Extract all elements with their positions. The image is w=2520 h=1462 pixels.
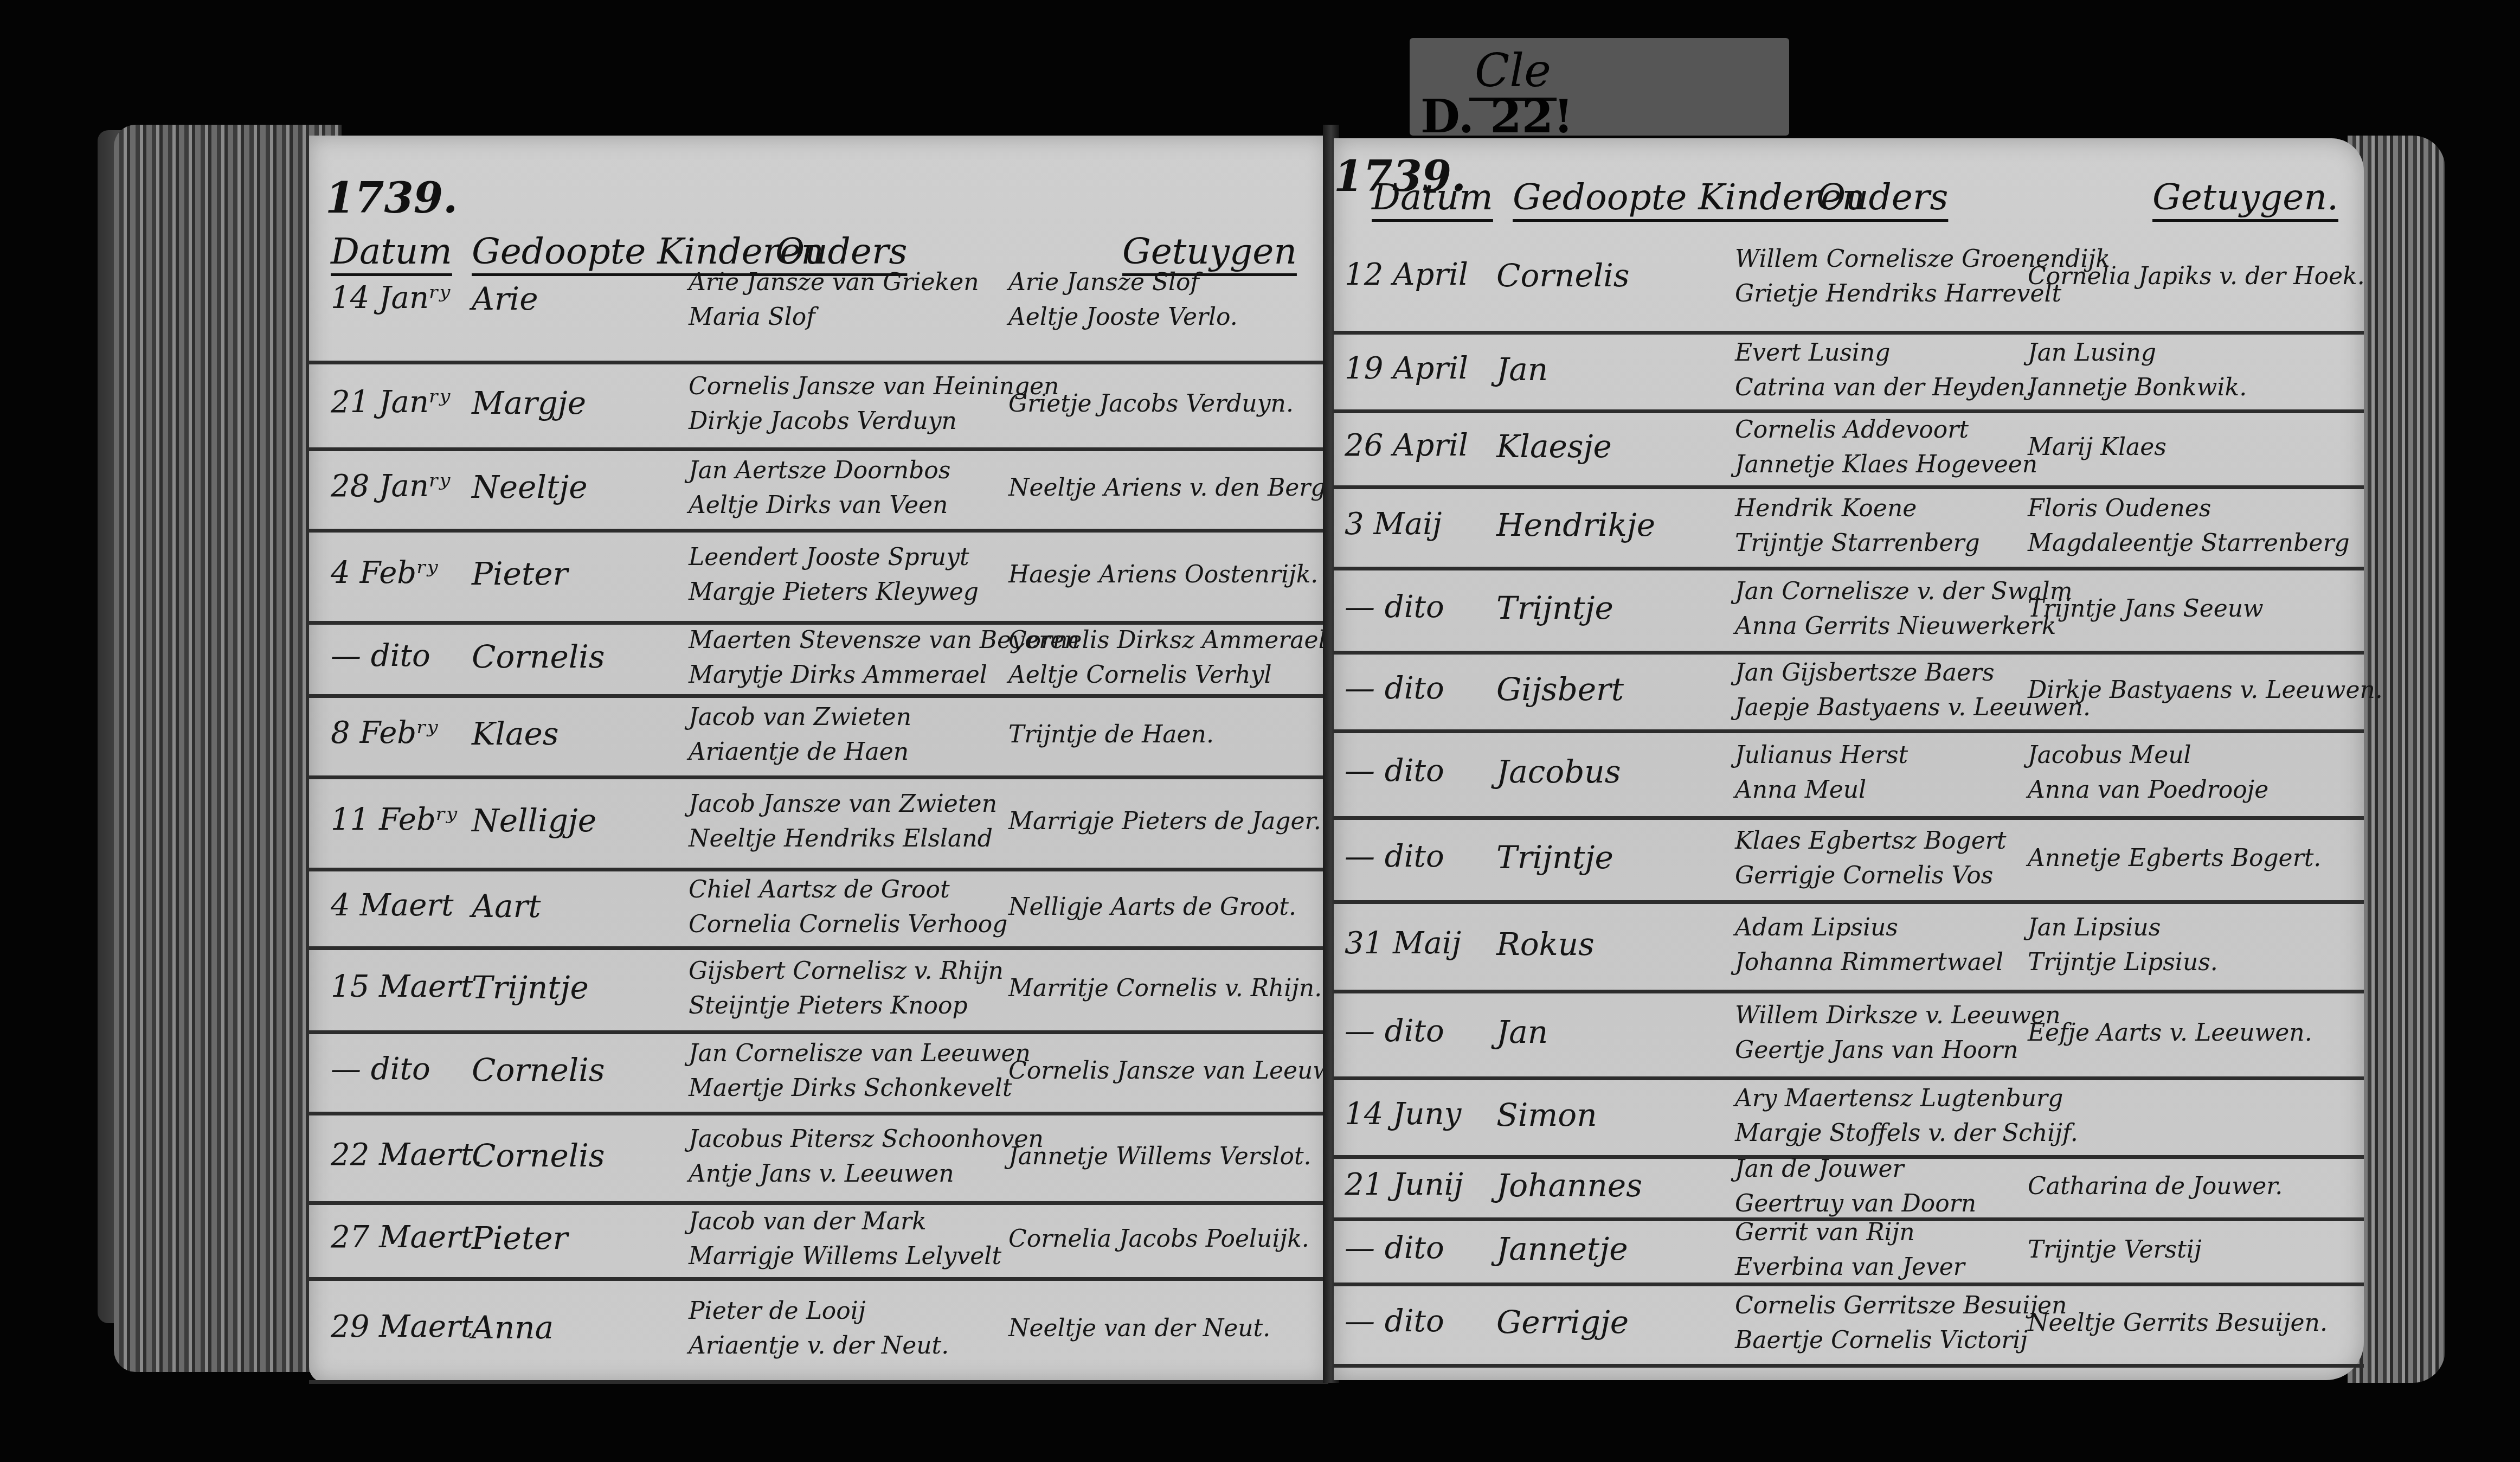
child-name: Simon: [1496, 1096, 1597, 1133]
child-name: Gerrigje: [1496, 1304, 1629, 1341]
parents: Gerrit van RijnEverbina van Jever: [1735, 1215, 1965, 1285]
mother-name: Margje Pieters Kleyweg: [689, 575, 979, 610]
witness-name: Neeltje van der Neut.: [1008, 1311, 1270, 1346]
witness-name: Jannetje Bonkwik.: [2028, 370, 2247, 405]
parents: Cornelis Jansze van HeiningenDirkje Jaco…: [689, 369, 1059, 439]
parents: Jan Aertsze DoornbosAeltje Dirks van Vee…: [689, 453, 950, 523]
child-name: Cornelis: [1496, 257, 1630, 294]
father-name: Klaes Egbertsz Bogert: [1735, 824, 2006, 858]
father-name: Jan Cornelisze v. der Swalm: [1735, 574, 2072, 609]
baptism-date: — dito: [331, 638, 430, 674]
witness-name: Dirkje Bastyaens v. Leeuwen.: [2028, 673, 2383, 708]
child-name: Pieter: [472, 555, 568, 592]
witness-name: Aeltje Cornelis Verhyl: [1008, 658, 1326, 692]
baptism-date: — dito: [331, 1051, 430, 1087]
witnesses: Cornelis Jansze van Leeuwen.: [1008, 1054, 1370, 1088]
child-name: Anna: [472, 1309, 554, 1346]
child-name: Rokus: [1496, 926, 1595, 963]
witness-name: Jacobus Meul: [2028, 738, 2268, 773]
entry-row: 14 JunySimonAry Maertensz LugtenburgMarg…: [1334, 1076, 2364, 1159]
baptism-date: 4 Febʳʸ: [331, 555, 438, 591]
parents: Hendrik KoeneTrijntje Starrenberg: [1735, 491, 1980, 561]
witness-name: Haesje Ariens Oostenrijk.: [1008, 557, 1318, 592]
father-name: Pieter de Looij: [689, 1294, 949, 1329]
father-name: Adam Lipsius: [1735, 910, 2003, 945]
mother-name: Ariaentje de Haen: [689, 735, 911, 770]
baptism-date: 29 Maert: [331, 1309, 473, 1344]
parents: Jan Cornelisze van LeeuwenMaertje Dirks …: [689, 1036, 1031, 1106]
witness-name: Cornelis Jansze van Leeuwen.: [1008, 1054, 1370, 1088]
parents: Leendert Jooste SpruytMargje Pieters Kle…: [689, 540, 979, 610]
mother-name: Cornelia Cornelis Verhoog: [689, 907, 1008, 942]
entry-row: — ditoGerrigjeCornelis Gerritsze Besuije…: [1334, 1283, 2364, 1368]
child-name: Neeltje: [472, 469, 588, 505]
witnesses: Haesje Ariens Oostenrijk.: [1008, 557, 1318, 592]
entry-row: — ditoTrijntjeJan Cornelisze v. der Swal…: [1334, 567, 2364, 655]
witness-name: Nelligje Aarts de Groot.: [1008, 890, 1296, 925]
mother-name: Jannetje Klaes Hogeveen: [1735, 447, 2037, 482]
baptism-date: 3 Maij: [1345, 506, 1442, 542]
baptism-date: 31 Maij: [1345, 926, 1461, 961]
witnesses: Catharina de Jouwer.: [2028, 1169, 2283, 1204]
witnesses: Marritje Cornelis v. Rhijn.: [1008, 971, 1322, 1006]
witnesses: Trijntje Jans Seeuw: [2028, 592, 2264, 626]
mother-name: Dirkje Jacobs Verduyn: [689, 404, 1059, 439]
witness-name: Jannetje Willems Verslot.: [1008, 1139, 1312, 1174]
parents: Willem Dirksze v. LeeuwenGeertje Jans va…: [1735, 998, 2061, 1068]
entry-row: 28 JanʳʸNeeltjeJan Aertsze DoornbosAeltj…: [309, 447, 1328, 533]
witness-name: Cornelis Dirksz Ammerael: [1008, 623, 1326, 658]
parents: Gijsbert Cornelisz v. RhijnSteijntje Pie…: [689, 954, 1004, 1023]
witnesses: Jan LusingJannetje Bonkwik.: [2028, 336, 2247, 405]
baptism-date: 12 April: [1345, 257, 1468, 292]
witness-name: Neeltje Ariens v. den Berg: [1008, 471, 1326, 505]
witnesses: Nelligje Aarts de Groot.: [1008, 890, 1296, 925]
father-name: Jan Aertsze Doornbos: [689, 453, 950, 488]
witness-name: Trijntje Jans Seeuw: [2028, 592, 2264, 626]
mother-name: Maria Slof: [689, 300, 979, 335]
father-name: Arie Jansze van Grieken: [689, 265, 979, 300]
father-name: Jacobus Pitersz Schoonhoven: [689, 1122, 1044, 1157]
witnesses: Cornelia Jacobs Poeluijk.: [1008, 1222, 1309, 1256]
page-stack-left: [114, 125, 342, 1372]
right-page: 1739. Datum Gedoopte Kinderen Ouders Get…: [1334, 138, 2364, 1380]
entry-row: 4 MaertAartChiel Aartsz de GrootCornelia…: [309, 868, 1328, 950]
witness-name: Marij Klaes: [2028, 430, 2167, 465]
mother-name: Ariaentje v. der Neut.: [689, 1329, 949, 1363]
baptism-date: 27 Maert: [331, 1220, 473, 1255]
mother-name: Baertje Cornelis Victorij: [1735, 1323, 2067, 1358]
entry-row: — ditoTrijntjeKlaes Egbertsz BogertGerri…: [1334, 816, 2364, 904]
father-name: Jan Cornelisze van Leeuwen: [689, 1036, 1031, 1071]
witness-name: Eefje Aarts v. Leeuwen.: [2028, 1016, 2312, 1050]
witness-name: Marrigje Pieters de Jager.: [1008, 804, 1321, 839]
witness-name: Grietje Jacobs Verduyn.: [1008, 387, 1294, 421]
father-name: Cornelis Addevoort: [1735, 413, 2037, 447]
entry-row: 15 MaertTrijntjeGijsbert Cornelisz v. Rh…: [309, 946, 1328, 1034]
parents: Jan de JouwerGeertruy van Doorn: [1735, 1152, 1976, 1221]
witness-name: Arie Jansze Slof: [1008, 265, 1238, 300]
witnesses: Dirkje Bastyaens v. Leeuwen.: [2028, 673, 2383, 708]
parents: Pieter de LooijAriaentje v. der Neut.: [689, 1294, 949, 1363]
child-name: Cornelis: [472, 1051, 605, 1088]
mother-name: Catrina van der Heyden.: [1735, 370, 2033, 405]
witness-name: Annetje Egberts Bogert.: [2028, 841, 2321, 876]
father-name: Gijsbert Cornelisz v. Rhijn: [689, 954, 1004, 989]
father-name: Ary Maertensz Lugtenburg: [1735, 1081, 2078, 1116]
father-name: Evert Lusing: [1735, 336, 2033, 370]
child-name: Gijsbert: [1496, 671, 1624, 708]
witnesses: Marij Klaes: [2028, 430, 2167, 465]
entry-row: — ditoCornelisMaerten Stevensze van Beye…: [309, 621, 1328, 698]
entry-row: 21 JanʳʸMargjeCornelis Jansze van Heinin…: [309, 361, 1328, 451]
entry-row: 14 JanʳʸArieArie Jansze van GriekenMaria…: [309, 239, 1328, 364]
column-headers: Datum Gedoopte Kinderen Ouders Getuygen.: [1372, 176, 2338, 218]
baptism-date: — dito: [1345, 1230, 1444, 1266]
child-name: Klaes: [472, 715, 559, 752]
mother-name: Margje Stoffels v. der Schijf.: [1735, 1116, 2078, 1151]
mother-name: Neeltje Hendriks Elsland: [689, 822, 997, 856]
child-name: Nelligje: [472, 802, 596, 839]
father-name: Cornelis Gerritsze Besuijen: [1735, 1288, 2067, 1323]
parents: Cornelis AddevoortJannetje Klaes Hogevee…: [1735, 413, 2037, 482]
baptism-date: 8 Febʳʸ: [331, 715, 438, 751]
witnesses: Neeltje van der Neut.: [1008, 1311, 1270, 1346]
entry-row: 11 FebʳʸNelligjeJacob Jansze van Zwieten…: [309, 775, 1328, 871]
witness-name: Neeltje Gerrits Besuijen.: [2028, 1306, 2328, 1341]
parents: Adam LipsiusJohanna Rimmertwael: [1735, 910, 2003, 980]
mother-name: Geertje Jans van Hoorn: [1735, 1033, 2061, 1068]
witnesses: Trijntje de Haen.: [1008, 717, 1214, 752]
entry-row: 22 Maert.CornelisJacobus Pitersz Schoonh…: [309, 1112, 1328, 1205]
parents: Jacob van ZwietenAriaentje de Haen: [689, 700, 911, 770]
entry-row: 19 AprilJanEvert LusingCatrina van der H…: [1334, 331, 2364, 413]
mother-name: Aeltje Dirks van Veen: [689, 488, 950, 523]
mother-name: Anna Gerrits Nieuwerkerk: [1735, 609, 2072, 644]
child-name: Jannetje: [1496, 1230, 1628, 1267]
entry-row: 27 MaertPieterJacob van der MarkMarrigje…: [309, 1201, 1328, 1281]
child-name: Klaesje: [1496, 428, 1612, 465]
entry-row: 8 FebʳʸKlaesJacob van ZwietenAriaentje d…: [309, 694, 1328, 779]
entry-row: — ditoJanWillem Dirksze v. LeeuwenGeertj…: [1334, 990, 2364, 1080]
header-parents: Ouders: [1816, 176, 2152, 218]
baptism-date: — dito: [1345, 671, 1444, 706]
father-name: Julianus Herst: [1735, 738, 1908, 773]
witnesses: Marrigje Pieters de Jager.: [1008, 804, 1321, 839]
parents: Jacob van der MarkMarrigje Willems Lelyv…: [689, 1204, 1001, 1274]
witnesses: Eefje Aarts v. Leeuwen.: [2028, 1016, 2312, 1050]
child-name: Jan: [1496, 351, 1548, 388]
entry-row: 3 MaijHendrikjeHendrik KoeneTrijntje Sta…: [1334, 485, 2364, 570]
child-name: Cornelis: [472, 1137, 605, 1174]
witnesses: Cornelia Japiks v. der Hoek.: [2028, 259, 2365, 294]
father-name: Gerrit van Rijn: [1735, 1215, 1965, 1250]
parents: Evert LusingCatrina van der Heyden.: [1735, 336, 2033, 405]
parents: Klaes Egbertsz BogertGerrigje Cornelis V…: [1735, 824, 2006, 893]
entry-row: — ditoJannetjeGerrit van RijnEverbina va…: [1334, 1217, 2364, 1286]
baptism-date: — dito: [1345, 753, 1444, 788]
witness-name: Trijntje Lipsius.: [2028, 945, 2218, 980]
mother-name: Anna Meul: [1735, 773, 1908, 807]
witnesses: Neeltje Ariens v. den Berg: [1008, 471, 1326, 505]
parents: Arie Jansze van GriekenMaria Slof: [689, 265, 979, 335]
baptism-date: 14 Juny: [1345, 1096, 1461, 1132]
witnesses: Jannetje Willems Verslot.: [1008, 1139, 1312, 1174]
year-heading: 1739.: [325, 174, 458, 223]
entry-row: — ditoGijsbertJan Gijsbertsze BaersJaepj…: [1334, 651, 2364, 733]
mother-name: Everbina van Jever: [1735, 1250, 1965, 1285]
witness-name: Jan Lipsius: [2028, 910, 2218, 945]
father-name: Chiel Aartsz de Groot: [689, 873, 1008, 907]
witnesses: Trijntje Verstij: [2028, 1233, 2202, 1267]
father-name: Willem Dirksze v. Leeuwen: [1735, 998, 2061, 1033]
entry-row: 21 JunijJohannesJan de JouwerGeertruy va…: [1334, 1155, 2364, 1221]
archive-label: Cle D. 22!: [1410, 38, 1789, 136]
witness-name: Trijntje de Haen.: [1008, 717, 1214, 752]
parents: Jacobus Pitersz SchoonhovenAntje Jans v.…: [689, 1122, 1044, 1191]
child-name: Pieter: [472, 1220, 568, 1256]
child-name: Margje: [472, 384, 586, 421]
child-name: Jacobus: [1496, 753, 1621, 790]
parents: Jacob Jansze van ZwietenNeeltje Hendriks…: [689, 787, 997, 856]
mother-name: Steijntje Pieters Knoop: [689, 989, 1004, 1023]
witness-name: Anna van Poedrooje: [2028, 773, 2268, 807]
mother-name: Gerrigje Cornelis Vos: [1735, 858, 2006, 893]
witness-name: Trijntje Verstij: [2028, 1233, 2202, 1267]
entry-row: 4 FebʳʸPieterLeendert Jooste SpruytMargj…: [309, 529, 1328, 625]
baptism-date: — dito: [1345, 589, 1444, 625]
witnesses: Grietje Jacobs Verduyn.: [1008, 387, 1294, 421]
witness-name: Magdaleentje Starrenberg: [2028, 526, 2350, 561]
witness-name: Aeltje Jooste Verlo.: [1008, 300, 1238, 335]
entry-row: 29 MaertAnnaPieter de LooijAriaentje v. …: [309, 1277, 1328, 1384]
father-name: Leendert Jooste Spruyt: [689, 540, 979, 575]
child-name: Arie: [472, 280, 538, 317]
father-name: Jacob van der Mark: [689, 1204, 1001, 1239]
archive-label-bottom: D. 22!: [1420, 92, 1573, 141]
baptism-date: 28 Janʳʸ: [331, 469, 450, 504]
header-date: Datum: [1372, 176, 1513, 218]
mother-name: Johanna Rimmertwael: [1735, 945, 2003, 980]
entry-row: — ditoCornelisJan Cornelisze van Leeuwen…: [309, 1030, 1328, 1115]
father-name: Cornelis Jansze van Heiningen: [689, 369, 1059, 404]
entry-row: — ditoJacobusJulianus HerstAnna MeulJaco…: [1334, 729, 2364, 820]
child-name: Trijntje: [1496, 839, 1613, 876]
child-name: Trijntje: [472, 969, 589, 1006]
header-child: Gedoopte Kinderen: [1513, 176, 1816, 218]
baptism-date: 22 Maert.: [331, 1137, 483, 1172]
father-name: Jan de Jouwer: [1735, 1152, 1976, 1187]
baptism-date: 19 April: [1345, 351, 1468, 386]
father-name: Jacob van Zwieten: [689, 700, 911, 735]
baptism-date: 11 Febʳʸ: [331, 802, 457, 837]
witnesses: Neeltje Gerrits Besuijen.: [2028, 1306, 2328, 1341]
witness-name: Cornelia Jacobs Poeluijk.: [1008, 1222, 1309, 1256]
child-name: Jan: [1496, 1014, 1548, 1050]
child-name: Johannes: [1496, 1167, 1642, 1204]
mother-name: Marrigje Willems Lelyvelt: [689, 1239, 1001, 1274]
baptism-date: 14 Janʳʸ: [331, 280, 450, 316]
witnesses: Jacobus MeulAnna van Poedrooje: [2028, 738, 2268, 807]
parents: Chiel Aartsz de GrootCornelia Cornelis V…: [689, 873, 1008, 942]
witness-name: Jan Lusing: [2028, 336, 2247, 370]
child-name: Hendrikje: [1496, 506, 1655, 543]
witness-name: Catharina de Jouwer.: [2028, 1169, 2283, 1204]
mother-name: Antje Jans v. Leeuwen: [689, 1157, 1044, 1191]
baptism-date: 21 Janʳʸ: [331, 384, 450, 420]
mother-name: Trijntje Starrenberg: [1735, 526, 1980, 561]
parents: Ary Maertensz LugtenburgMargje Stoffels …: [1735, 1081, 2078, 1151]
child-name: Cornelis: [472, 638, 605, 675]
baptism-date: — dito: [1345, 839, 1444, 874]
witnesses: Cornelis Dirksz AmmeraelAeltje Cornelis …: [1008, 623, 1326, 692]
baptism-date: 4 Maert: [331, 888, 454, 923]
father-name: Hendrik Koene: [1735, 491, 1980, 526]
parents: Julianus HerstAnna Meul: [1735, 738, 1908, 807]
witnesses: Annetje Egberts Bogert.: [2028, 841, 2321, 876]
witness-name: Floris Oudenes: [2028, 491, 2350, 526]
child-name: Aart: [472, 888, 541, 925]
baptism-date: — dito: [1345, 1014, 1444, 1049]
left-page: 1739. Datum Gedoopte Kinderen Ouders Get…: [309, 136, 1328, 1383]
baptism-date: 26 April: [1345, 428, 1468, 463]
witnesses: Jan LipsiusTrijntje Lipsius.: [2028, 910, 2218, 980]
witnesses: Arie Jansze SlofAeltje Jooste Verlo.: [1008, 265, 1238, 335]
entry-row: 31 MaijRokusAdam LipsiusJohanna Rimmertw…: [1334, 900, 2364, 993]
baptism-date: — dito: [1345, 1304, 1444, 1339]
child-name: Trijntje: [1496, 589, 1613, 626]
witnesses: Floris OudenesMagdaleentje Starrenberg: [2028, 491, 2350, 561]
parents: Jan Cornelisze v. der SwalmAnna Gerrits …: [1735, 574, 2072, 644]
witness-name: Marritje Cornelis v. Rhijn.: [1008, 971, 1322, 1006]
parents: Cornelis Gerritsze BesuijenBaertje Corne…: [1735, 1288, 2067, 1358]
mother-name: Maertje Dirks Schonkevelt: [689, 1071, 1031, 1106]
entry-row: 26 AprilKlaesjeCornelis AddevoortJannetj…: [1334, 409, 2364, 489]
baptism-date: 15 Maert: [331, 969, 473, 1004]
entry-row: 12 AprilCornelisWillem Cornelisze Groene…: [1334, 222, 2364, 335]
father-name: Jacob Jansze van Zwieten: [689, 787, 997, 822]
baptism-date: 21 Junij: [1345, 1167, 1463, 1202]
header-witnesses: Getuygen.: [2152, 176, 2338, 218]
witness-name: Cornelia Japiks v. der Hoek.: [2028, 259, 2365, 294]
